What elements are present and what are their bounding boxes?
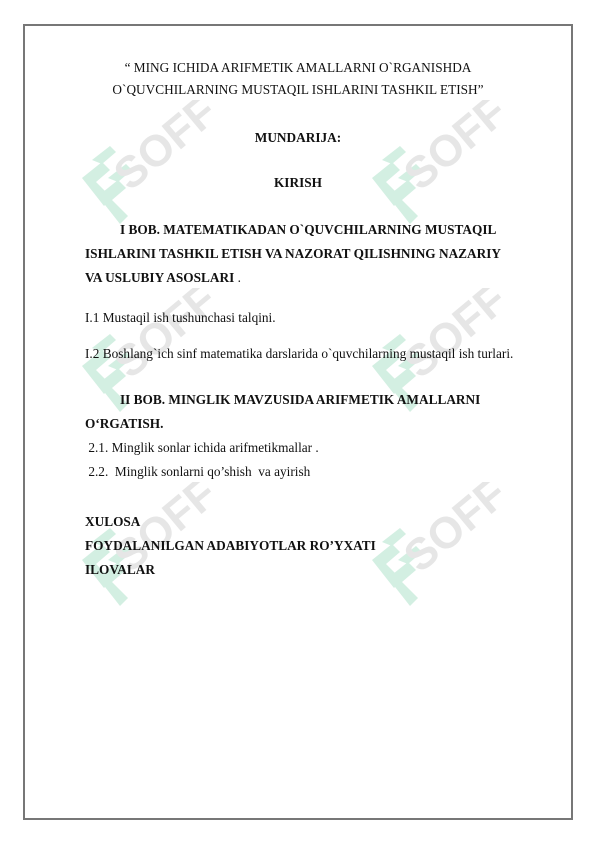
toc-chapter-2-line-1: II BOB. MINGLIK MAVZUSIDA ARIFMETIK AMAL… xyxy=(120,392,480,408)
toc-chapter-1-line-2: ISHLARINI TASHKIL ETISH VA NAZORAT QILIS… xyxy=(85,246,501,262)
toc-chapter-1-line-3: VA USLUBIY ASOSLARI . xyxy=(85,270,241,286)
toc-chapter-1-line-3-text: VA USLUBIY ASOSLARI xyxy=(85,270,234,285)
toc-chapter-1-line-1: I BOB. MATEMATIKADAN O`QUVCHILARNING MUS… xyxy=(120,222,496,238)
toc-chapter-1-line-3-suffix: . xyxy=(234,270,241,285)
toc-item-intro: KIRISH xyxy=(0,175,596,191)
document-title-line-2: O`QUVCHILARNING MUSTAQIL ISHLARINI TASHK… xyxy=(0,82,596,98)
toc-section-2-1: 2.1. Minglik sonlar ichida arifmetikmall… xyxy=(85,440,319,456)
toc-item-conclusion: XULOSA xyxy=(85,514,140,530)
toc-section-1-1: I.1 Mustaqil ish tushunchasi talqini. xyxy=(85,310,276,326)
toc-item-references: FOYDALANILGAN ADABIYOTLAR RO’YXATI xyxy=(85,538,376,554)
toc-section-1-2: I.2 Boshlang`ich sinf matematika darslar… xyxy=(85,346,513,362)
toc-item-appendices: ILOVALAR xyxy=(85,562,155,578)
toc-chapter-2-line-2: O‘RGATISH. xyxy=(85,416,163,432)
toc-section-2-2: 2.2. Minglik sonlarni qo’shish va ayiris… xyxy=(85,464,310,480)
toc-heading: MUNDARIJA: xyxy=(0,130,596,146)
document-title-line-1: “ MING ICHIDA ARIFMETIK AMALLARNI O`RGAN… xyxy=(0,60,596,76)
